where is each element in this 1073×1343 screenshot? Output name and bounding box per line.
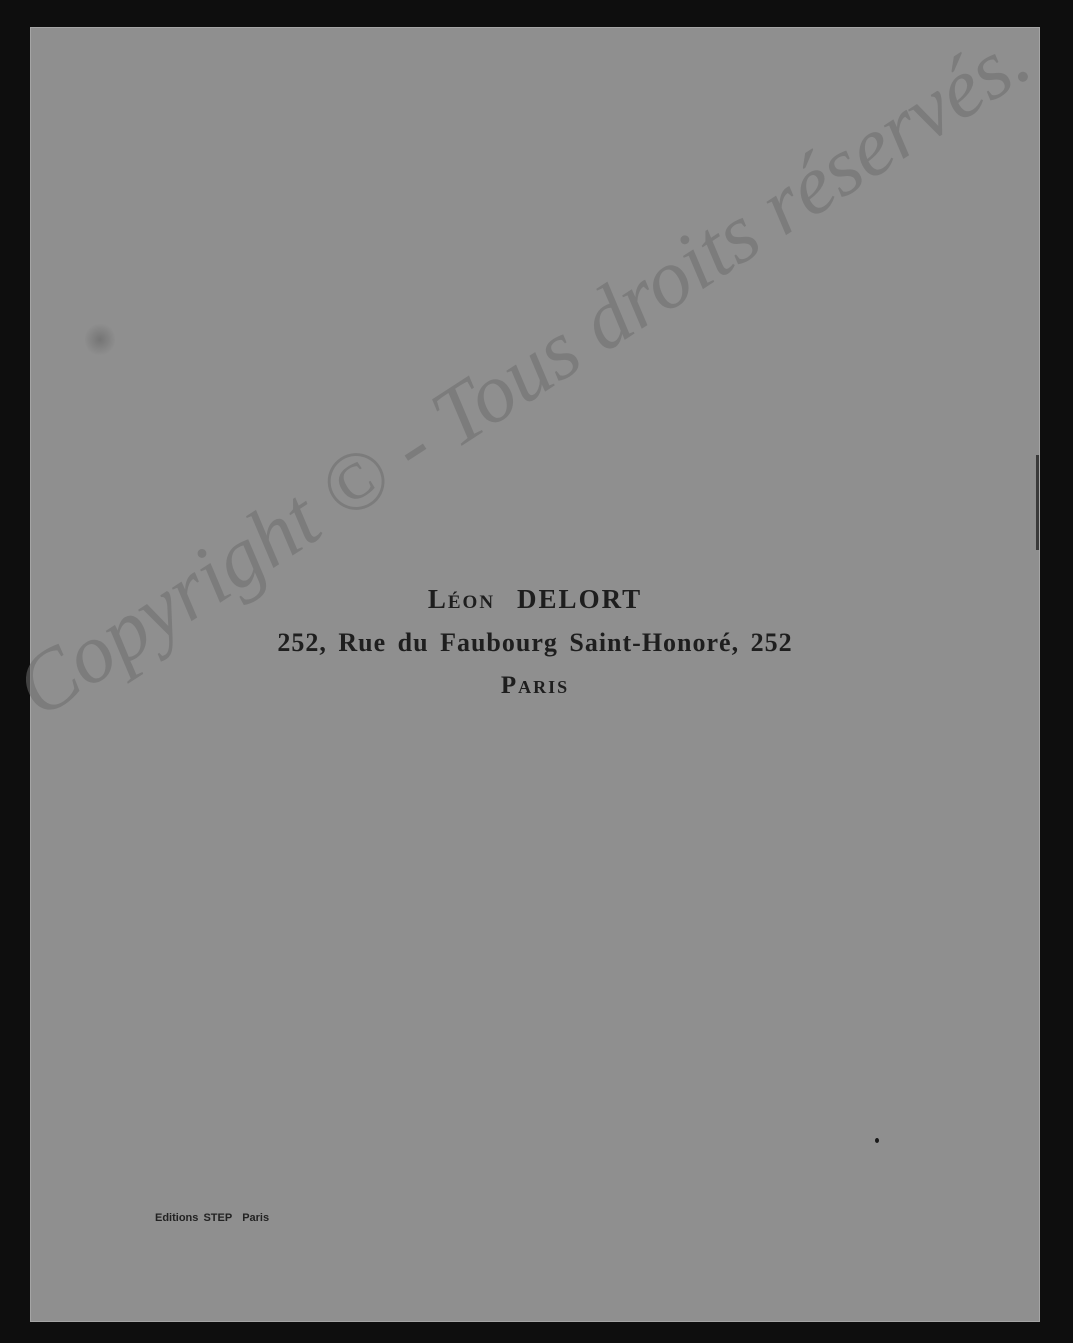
page-edge-shadow xyxy=(1036,455,1039,550)
publisher-last-name: DELORT xyxy=(517,584,642,614)
publisher-name: LéonDELORT xyxy=(30,584,1040,615)
paper-smudge xyxy=(85,322,115,357)
imprint-city: Paris xyxy=(242,1212,269,1224)
imprint-publisher: Editions STEP xyxy=(155,1212,232,1224)
street-address: 252, Rue du Faubourg Saint-Honoré, 252 xyxy=(30,628,1040,658)
city-name: Paris xyxy=(30,672,1040,700)
ink-speck xyxy=(875,1138,879,1143)
scanned-page-viewport: Copyright © - Tous droits réservés. Léon… xyxy=(0,0,1073,1343)
publisher-first-name: Léon xyxy=(428,584,495,614)
printer-imprint: Editions STEPParis xyxy=(155,1212,269,1224)
